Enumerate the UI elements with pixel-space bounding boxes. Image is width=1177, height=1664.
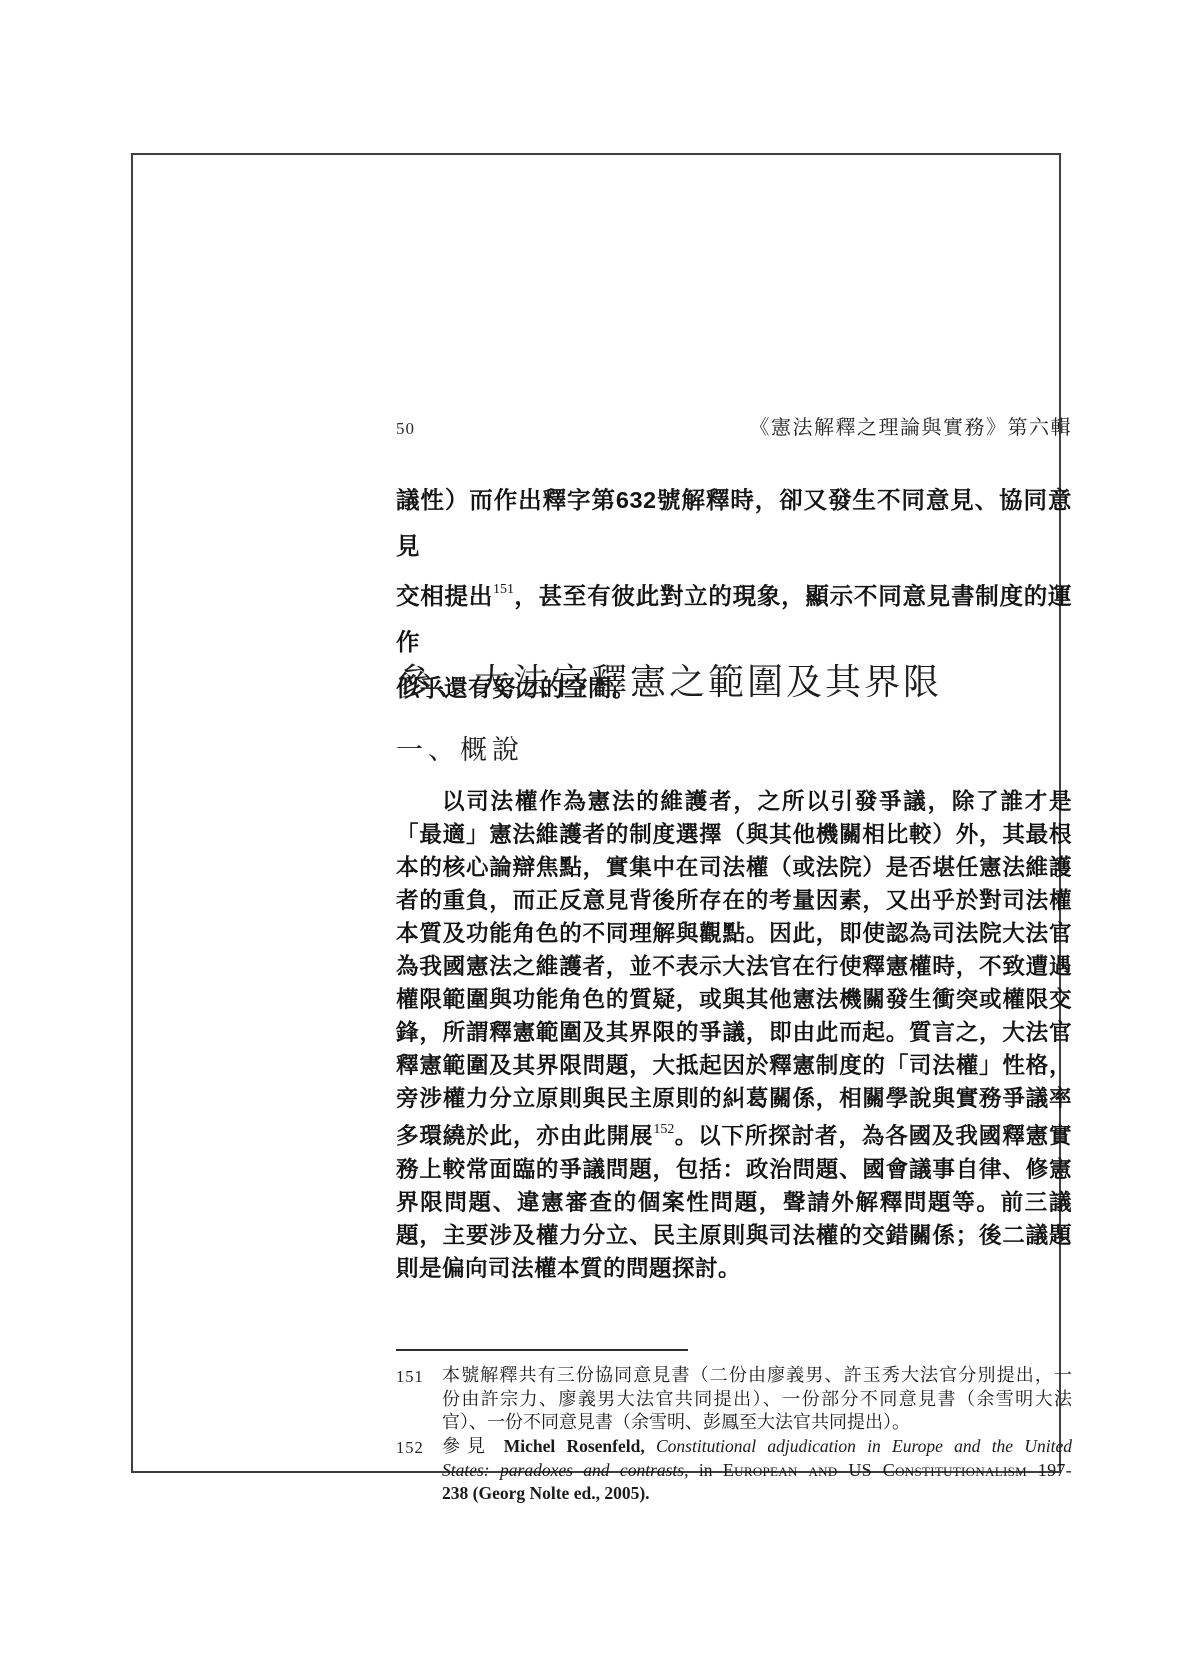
- page-header: 50 《憲法解釋之理論與實務》第六輯: [396, 411, 1072, 440]
- footnote-line: 官）、一份不同意見書（余雪明、彭鳳至大法官共同提出）。: [442, 1411, 1072, 1435]
- footnote-line: 238 (Georg Nolte ed., 2005).: [442, 1482, 1072, 1506]
- page-sheet: 50 《憲法解釋之理論與實務》第六輯 議性）而作出釋字第632號解釋時，卻又發生…: [131, 153, 1061, 1473]
- body-line: 多環繞於此，亦由此開展152。以下所探討者，為各國及我國釋憲實: [396, 1115, 1072, 1153]
- intro-line: 議性）而作出釋字第632號解釋時，卻又發生不同意見、協同意見: [396, 477, 1072, 569]
- body-line: 以司法權作為憲法的維護者，之所以引發爭議，除了誰才是: [396, 785, 1072, 818]
- footnote-ref-151: 151: [493, 582, 514, 597]
- body-line: 者的重負，而正反意見背後所存在的考量因素，又出乎於對司法權: [396, 884, 1072, 917]
- citation-work: European and US Constitutionalism 197-: [723, 1460, 1072, 1480]
- running-title: 《憲法解釋之理論與實務》第六輯: [750, 411, 1073, 440]
- footnote-line: 參見 Michel Rosenfeld, Constitutional adju…: [442, 1435, 1072, 1459]
- footnote-separator: [396, 1349, 688, 1351]
- footnote-line: 份由許宗力、廖義男大法官共同提出）、一份部分不同意見書（余雪明大法: [442, 1388, 1072, 1412]
- body-paragraph: 以司法權作為憲法的維護者，之所以引發爭議，除了誰才是 「最適」憲法維護者的制度選…: [396, 785, 1072, 1285]
- citation-pages: 238 (Georg Nolte ed., 2005).: [442, 1483, 650, 1503]
- footnote-line: 本號解釋共有三份協同意見書（二份由廖義男、許玉秀大法官分別提出，一: [442, 1364, 1072, 1388]
- scanned-page-canvas: 50 《憲法解釋之理論與實務》第六輯 議性）而作出釋字第632號解釋時，卻又發生…: [0, 0, 1177, 1664]
- body-line: 本質及功能角色的不同理解與觀點。因此，即使認為司法院大法官: [396, 917, 1072, 950]
- footnote-ref-152: 152: [653, 1122, 674, 1137]
- page-number: 50: [396, 419, 415, 439]
- footnote-152-number: 152: [396, 1438, 424, 1458]
- body-line: 旁涉權力分立原則與民主原則的糾葛關係，相關學說與實務爭議率: [396, 1082, 1072, 1115]
- body-line: 為我國憲法之維護者，並不表示大法官在行使釋憲權時，不致遭遇: [396, 950, 1072, 983]
- body-line: 釋憲範圍及其界限問題，大抵起因於釋憲制度的「司法權」性格，: [396, 1049, 1072, 1082]
- citation-author: Michel Rosenfeld,: [504, 1436, 656, 1456]
- body-line: 「最適」憲法維護者的制度選擇（與其他機關相比較）外，其最根: [396, 818, 1072, 851]
- body-line: 務上較常面臨的爭議問題，包括：政治問題、國會議事自律、修憲: [396, 1153, 1072, 1186]
- citation-title: Constitutional adjudication in Europe an…: [656, 1436, 1072, 1456]
- footnote-152-text: 參見 Michel Rosenfeld, Constitutional adju…: [442, 1435, 1072, 1506]
- intro-line: 交相提出151，甚至有彼此對立的現象，顯示不同意見書制度的運作: [396, 569, 1072, 665]
- subsection-heading: 一、概說: [396, 732, 796, 768]
- body-line: 界限問題、違憲審查的個案性問題，聲請外解釋問題等。前三議: [396, 1186, 1072, 1219]
- body-line: 權限範圍與功能角色的質疑，或與其他憲法機關發生衝突或權限交: [396, 983, 1072, 1016]
- section-heading: 參、大法官釋憲之範圍及其界限: [396, 658, 1096, 706]
- footnote-151-number: 151: [396, 1367, 424, 1387]
- footnote-151-text: 本號解釋共有三份協同意見書（二份由廖義男、許玉秀大法官分別提出，一 份由許宗力、…: [442, 1364, 1072, 1435]
- body-line: 本的核心論辯焦點，實集中在司法權（或法院）是否堪任憲法維護: [396, 851, 1072, 884]
- see-reference-label: 參見: [442, 1436, 504, 1456]
- citation-title: States: paradoxes and contrasts: [442, 1460, 684, 1480]
- body-line: 題，主要涉及權力分立、民主原則與司法權的交錯關係；後二議題: [396, 1219, 1072, 1252]
- footnote-line: States: paradoxes and contrasts, in Euro…: [442, 1459, 1072, 1483]
- body-line: 鋒，所謂釋憲範圍及其界限的爭議，即由此而起。質言之，大法官: [396, 1016, 1072, 1049]
- body-line: 則是偏向司法權本質的問題探討。: [396, 1252, 1072, 1285]
